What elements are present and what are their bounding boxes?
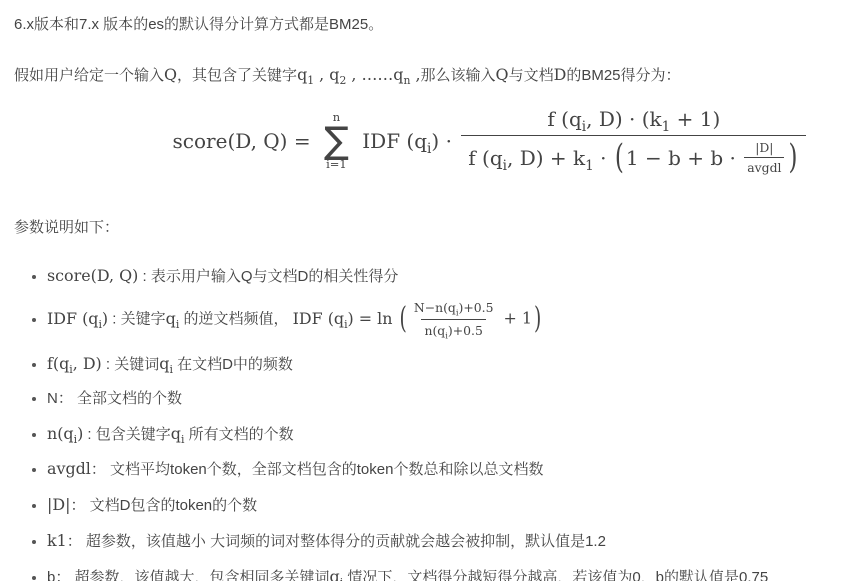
fraction-numerator: f (qi, D) · (k1 + 1) (540, 107, 727, 135)
text-segment: ： 文档D包含的token的个数 (70, 497, 257, 514)
math-segment: f (qi, D) + k1 · (468, 146, 613, 170)
param-item: k1： 超参数，该值越小 大词频的词对整体得分的贡献就会越会被抑制，默认值是1.… (47, 529, 852, 553)
math-segment: n(qi) (47, 424, 83, 443)
math-segment: + 1 (498, 309, 532, 328)
math-segment: score(D, Q) = (173, 129, 317, 153)
text-segment: : 包含关键字 (83, 426, 171, 443)
summation-symbol: n∑i=1 (324, 111, 349, 171)
tall-paren: ( (615, 139, 624, 177)
math-segment: qi (166, 309, 180, 328)
fraction-numerator: N−n(qi)+0.5 (411, 299, 497, 319)
sum-lower-limit: i=1 (326, 158, 347, 171)
math-segment: 1 − b + b · (626, 146, 742, 170)
math-segment: avgdl (747, 160, 781, 175)
text-segment: 那么该输入 (421, 67, 496, 84)
text-segment: : 关键词 (102, 356, 160, 373)
text-segment: 的逆文档频值， (179, 311, 292, 328)
math-segment: qi (171, 424, 185, 443)
math-segment: Q (164, 65, 177, 84)
text-segment: : 表示用户输入Q与文档D的相关性得分 (138, 268, 398, 285)
param-item: IDF (qi) : 关键字qi 的逆文档频值， IDF (qi) = ln (… (47, 299, 852, 340)
intro-line-1: 6.x版本和7.x 版本的es的默认得分计算方式都是BM25。 (14, 14, 852, 37)
text-segment: 所有文档的个数 (184, 426, 293, 443)
text-segment: : 关键字 (108, 311, 166, 328)
math-segment: N−n(qi)+0.5 (414, 299, 494, 317)
math-segment: q1 , q2 , ……qn , (297, 65, 420, 84)
math-segment: |D| (47, 495, 70, 514)
math-segment: n(qi)+0.5 (424, 322, 482, 340)
math-segment: IDF (qi) = ln (293, 309, 398, 328)
math-segment: qi (159, 354, 173, 373)
bm25-score-formula: score(D, Q) = n∑i=1 IDF (qi) · f (qi, D)… (72, 107, 866, 175)
math-segment: f (qi, D) · (k1 + 1) (547, 107, 720, 131)
fraction-numerator: |D| (752, 140, 776, 157)
params-list: score(D, Q) : 表示用户输入Q与文档D的相关性得分IDF (qi) … (14, 264, 852, 581)
fraction-denominator: avgdl (744, 157, 784, 175)
tall-paren: ) (788, 139, 797, 177)
text-segment: ，其包含了关键字 (177, 67, 297, 84)
math-segment: qi (330, 567, 344, 581)
param-item: n(qi) : 包含关键字qi 所有文档的个数 (47, 422, 852, 446)
math-segment: IDF (qi) (47, 309, 108, 328)
math-segment: IDF (qi) · (356, 129, 458, 153)
text-segment: 假如用户给定一个输入 (14, 67, 164, 84)
text-segment: 与文档 (509, 67, 554, 84)
param-item: |D|： 文档D包含的token的个数 (47, 493, 852, 517)
math-segment: k1 (47, 531, 67, 550)
math-segment: D (554, 65, 567, 84)
param-item: b： 超参数，该值越大，包含相同多关键词qi 情况下，文档得分越短得分越高，若该… (47, 565, 852, 581)
math-segment: f(qi, D) (47, 354, 102, 373)
text-segment: 的BM25得分为： (566, 67, 680, 84)
param-item: N： 全部文档的个数 (47, 388, 852, 410)
text-segment: 情况下，文档得分越短得分越高，若该值为0，b的默认值是0.75 (343, 569, 768, 581)
math-segment: score(D, Q) (47, 266, 138, 285)
document-page: 6.x版本和7.x 版本的es的默认得分计算方式都是BM25。 假如用户给定一个… (14, 14, 852, 581)
fraction: |D|avgdl (744, 140, 784, 175)
text-segment: b： 超参数，该值越大，包含相同多关键词 (47, 569, 330, 581)
math-segment: |D| (755, 140, 773, 155)
tall-paren: ( (400, 298, 407, 342)
params-heading: 参数说明如下： (14, 217, 852, 240)
fraction-denominator: f (qi, D) + k1 · (1 − b + b · |D|avgdl) (461, 135, 806, 175)
param-item: avgdl： 文档平均token个数，全部文档包含的token个数总和除以总文档… (47, 457, 852, 481)
fraction: f (qi, D) · (k1 + 1)f (qi, D) + k1 · (1 … (461, 107, 806, 175)
param-item: f(qi, D) : 关键词qi 在文档D中的频数 (47, 352, 852, 376)
text-segment: N： 全部文档的个数 (47, 390, 182, 407)
math-segment: avgdl (47, 459, 91, 478)
intro-line-2: 假如用户给定一个输入Q，其包含了关键字q1 , q2 , ……qn ,那么该输入… (14, 63, 852, 88)
math-segment: Q (496, 65, 509, 84)
fraction-denominator: n(qi)+0.5 (421, 319, 485, 340)
param-item: score(D, Q) : 表示用户输入Q与文档D的相关性得分 (47, 264, 852, 288)
text-segment: ： 文档平均token个数，全部文档包含的token个数总和除以总文档数 (91, 461, 544, 478)
text-segment: ： 超参数，该值越小 大词频的词对整体得分的贡献就会越会被抑制，默认值是1.2 (67, 533, 606, 550)
fraction: N−n(qi)+0.5n(qi)+0.5 (411, 299, 497, 340)
tall-paren: ) (534, 298, 541, 342)
sigma-icon: ∑ (324, 124, 349, 158)
text-segment: 在文档D中的频数 (173, 356, 293, 373)
